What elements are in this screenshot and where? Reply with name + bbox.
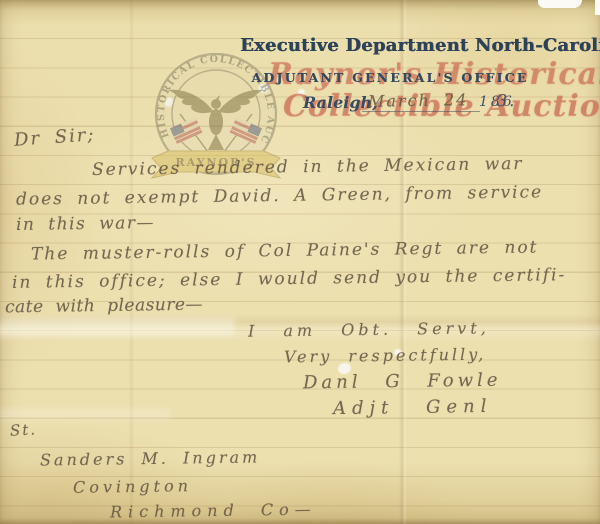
handwritten-year-digit: 3. [497, 91, 517, 110]
salutation: Dr Sir; [13, 124, 96, 151]
signature: Danl G Fowle [303, 370, 502, 394]
closing-line: Very respectfully, [284, 345, 486, 367]
torn-edge-notch [538, 0, 582, 8]
horizontal-fold-wear [0, 408, 170, 420]
scanned-letter-document: HISTORICAL COLLECTIBLE AUCTIONS [0, 0, 600, 524]
date-blank-rule [362, 111, 480, 112]
torn-edge-notch [595, 0, 600, 15]
address-line: Covington [73, 476, 192, 497]
address-line: Richmond Co— [110, 500, 317, 522]
handwritten-date: March 24 [368, 90, 469, 111]
signature-title: Adjt Genl [333, 396, 493, 419]
body-line: The muster-rolls of Col Paine's Regt are… [31, 237, 539, 264]
letterhead-department: Executive Department North-Carolina, [240, 35, 596, 56]
body-line: cate with pleasure— [5, 295, 203, 318]
body-line: in this office; else I would send you th… [12, 265, 567, 293]
address-line: St. [10, 420, 38, 439]
paper-edge-shadow [0, 518, 600, 524]
letterhead-place: Raleigh, [303, 93, 378, 112]
body-line: does not exempt David. A Green, from ser… [16, 182, 543, 209]
body-line: in this war— [16, 213, 155, 235]
letterhead-office: ADJUTANT GENERAL'S OFFICE [240, 70, 540, 85]
closing-line: I am Obt. Servt, [248, 318, 490, 340]
horizontal-fold-wear [0, 318, 235, 336]
paper-edge-shadow [0, 0, 600, 10]
address-line: Sanders M. Ingram [40, 447, 260, 469]
